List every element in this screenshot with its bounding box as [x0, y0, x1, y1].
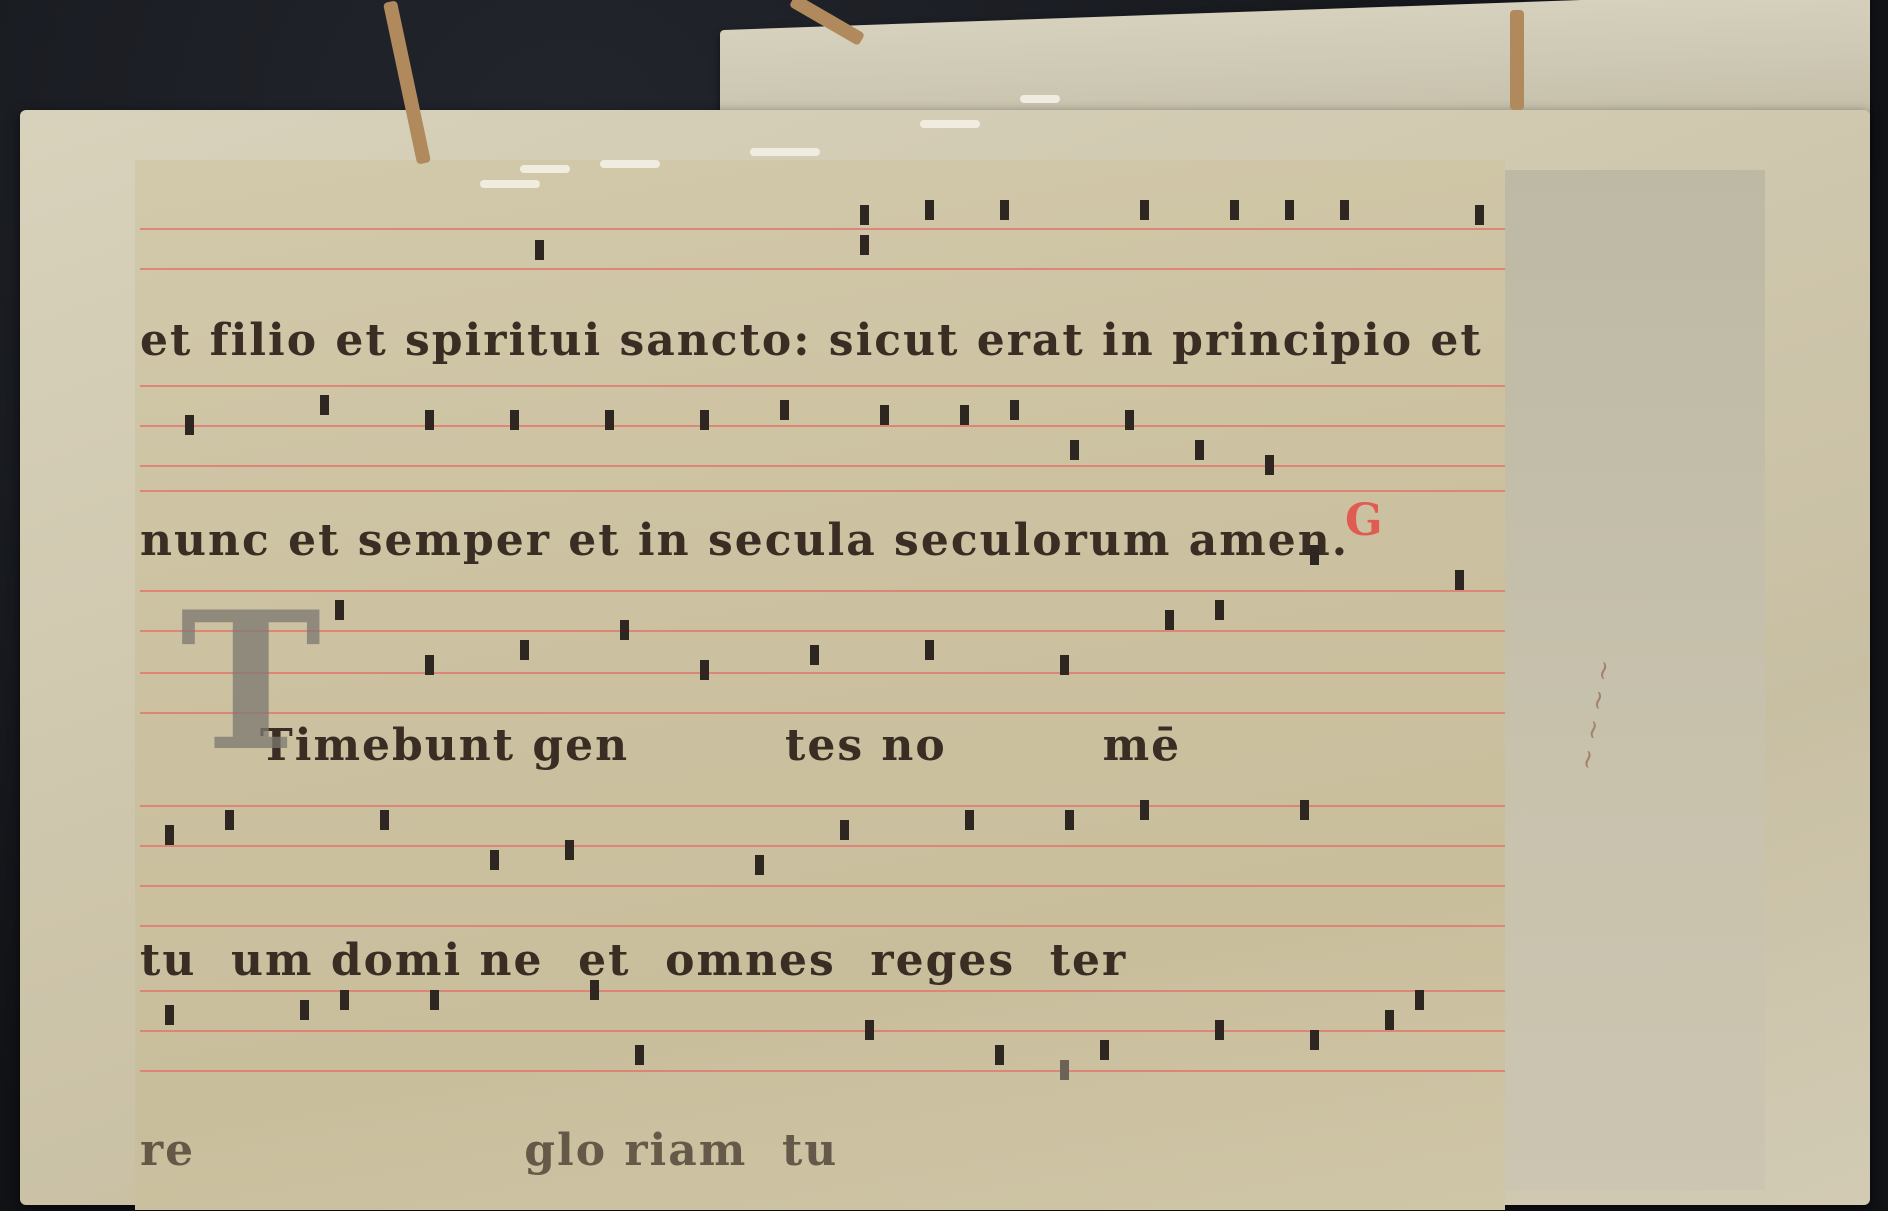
- staff-line: [140, 630, 1505, 632]
- note: [840, 820, 849, 840]
- note: [995, 1045, 1004, 1065]
- note: [965, 810, 974, 830]
- note: [1140, 800, 1149, 820]
- note: [185, 415, 194, 435]
- note: [1300, 800, 1309, 820]
- rubric-letter: G: [1345, 495, 1383, 546]
- stitch: [750, 148, 820, 156]
- note: [1195, 440, 1204, 460]
- note: [880, 405, 889, 425]
- note: [925, 200, 934, 220]
- note: [165, 1005, 174, 1025]
- staff-line: [140, 490, 1505, 492]
- note: [1285, 200, 1294, 220]
- lyric-line-1: et filio et spiritui sancto: sicut erat …: [140, 315, 1483, 366]
- decorated-initial: T: [180, 570, 321, 793]
- note: [1165, 610, 1174, 630]
- note: [1125, 410, 1134, 430]
- note: [700, 410, 709, 430]
- note: [1385, 1010, 1394, 1030]
- lyric-line-3: Timebunt gen tes no mē: [260, 720, 1181, 771]
- note: [1070, 440, 1079, 460]
- staff-line: [140, 885, 1505, 887]
- note: [1340, 200, 1349, 220]
- parchment-margin-right: [1505, 170, 1765, 1190]
- note: [425, 410, 434, 430]
- note: [565, 840, 574, 860]
- note: [700, 660, 709, 680]
- note: [865, 1020, 874, 1040]
- note: [1010, 400, 1019, 420]
- staff-line: [140, 845, 1505, 847]
- lyric-line-5: re glo riam tu: [140, 1125, 838, 1176]
- note: [860, 235, 869, 255]
- note: [1475, 205, 1484, 225]
- staff-line: [140, 672, 1505, 674]
- note: [1060, 1060, 1069, 1080]
- staff-line: [140, 590, 1505, 592]
- note: [425, 655, 434, 675]
- note: [605, 410, 614, 430]
- lyric-line-4: tu um domi ne et omnes reges ter: [140, 935, 1127, 986]
- note: [590, 980, 599, 1000]
- note: [860, 205, 869, 225]
- note: [1215, 1020, 1224, 1040]
- note: [380, 810, 389, 830]
- note: [520, 640, 529, 660]
- note: [1140, 200, 1149, 220]
- staff-line: [140, 228, 1505, 230]
- note: [810, 645, 819, 665]
- note: [340, 990, 349, 1010]
- note: [300, 1000, 309, 1020]
- stitch: [920, 120, 980, 128]
- leather-tie-right: [1510, 10, 1524, 110]
- note: [165, 825, 174, 845]
- note: [1310, 1030, 1319, 1050]
- stitch: [600, 160, 660, 168]
- staff-line: [140, 268, 1505, 270]
- note: [490, 850, 499, 870]
- note: [635, 1045, 644, 1065]
- note: [1215, 600, 1224, 620]
- note: [1065, 810, 1074, 830]
- staff-line: [140, 1070, 1505, 1072]
- note: [1415, 990, 1424, 1010]
- note: [960, 405, 969, 425]
- note: [535, 240, 544, 260]
- stitch: [520, 165, 570, 173]
- note: [225, 810, 234, 830]
- note: [620, 620, 629, 640]
- note: [1455, 570, 1464, 590]
- note: [1060, 655, 1069, 675]
- note: [430, 990, 439, 1010]
- stitch: [1020, 95, 1060, 103]
- note: [335, 600, 344, 620]
- staff-line: [140, 465, 1505, 467]
- note: [1230, 200, 1239, 220]
- note: [1000, 200, 1009, 220]
- staff-line: [140, 1030, 1505, 1032]
- stitch: [480, 180, 540, 188]
- note: [755, 855, 764, 875]
- note: [780, 400, 789, 420]
- note: [1310, 545, 1319, 565]
- staff-line: [140, 385, 1505, 387]
- lyric-line-2: nunc et semper et in secula seculorum am…: [140, 515, 1349, 566]
- staff-line: [140, 925, 1505, 927]
- staff-line: [140, 425, 1505, 427]
- note: [1100, 1040, 1109, 1060]
- note: [1265, 455, 1274, 475]
- note: [510, 410, 519, 430]
- note: [320, 395, 329, 415]
- note: [925, 640, 934, 660]
- staff-line: [140, 712, 1505, 714]
